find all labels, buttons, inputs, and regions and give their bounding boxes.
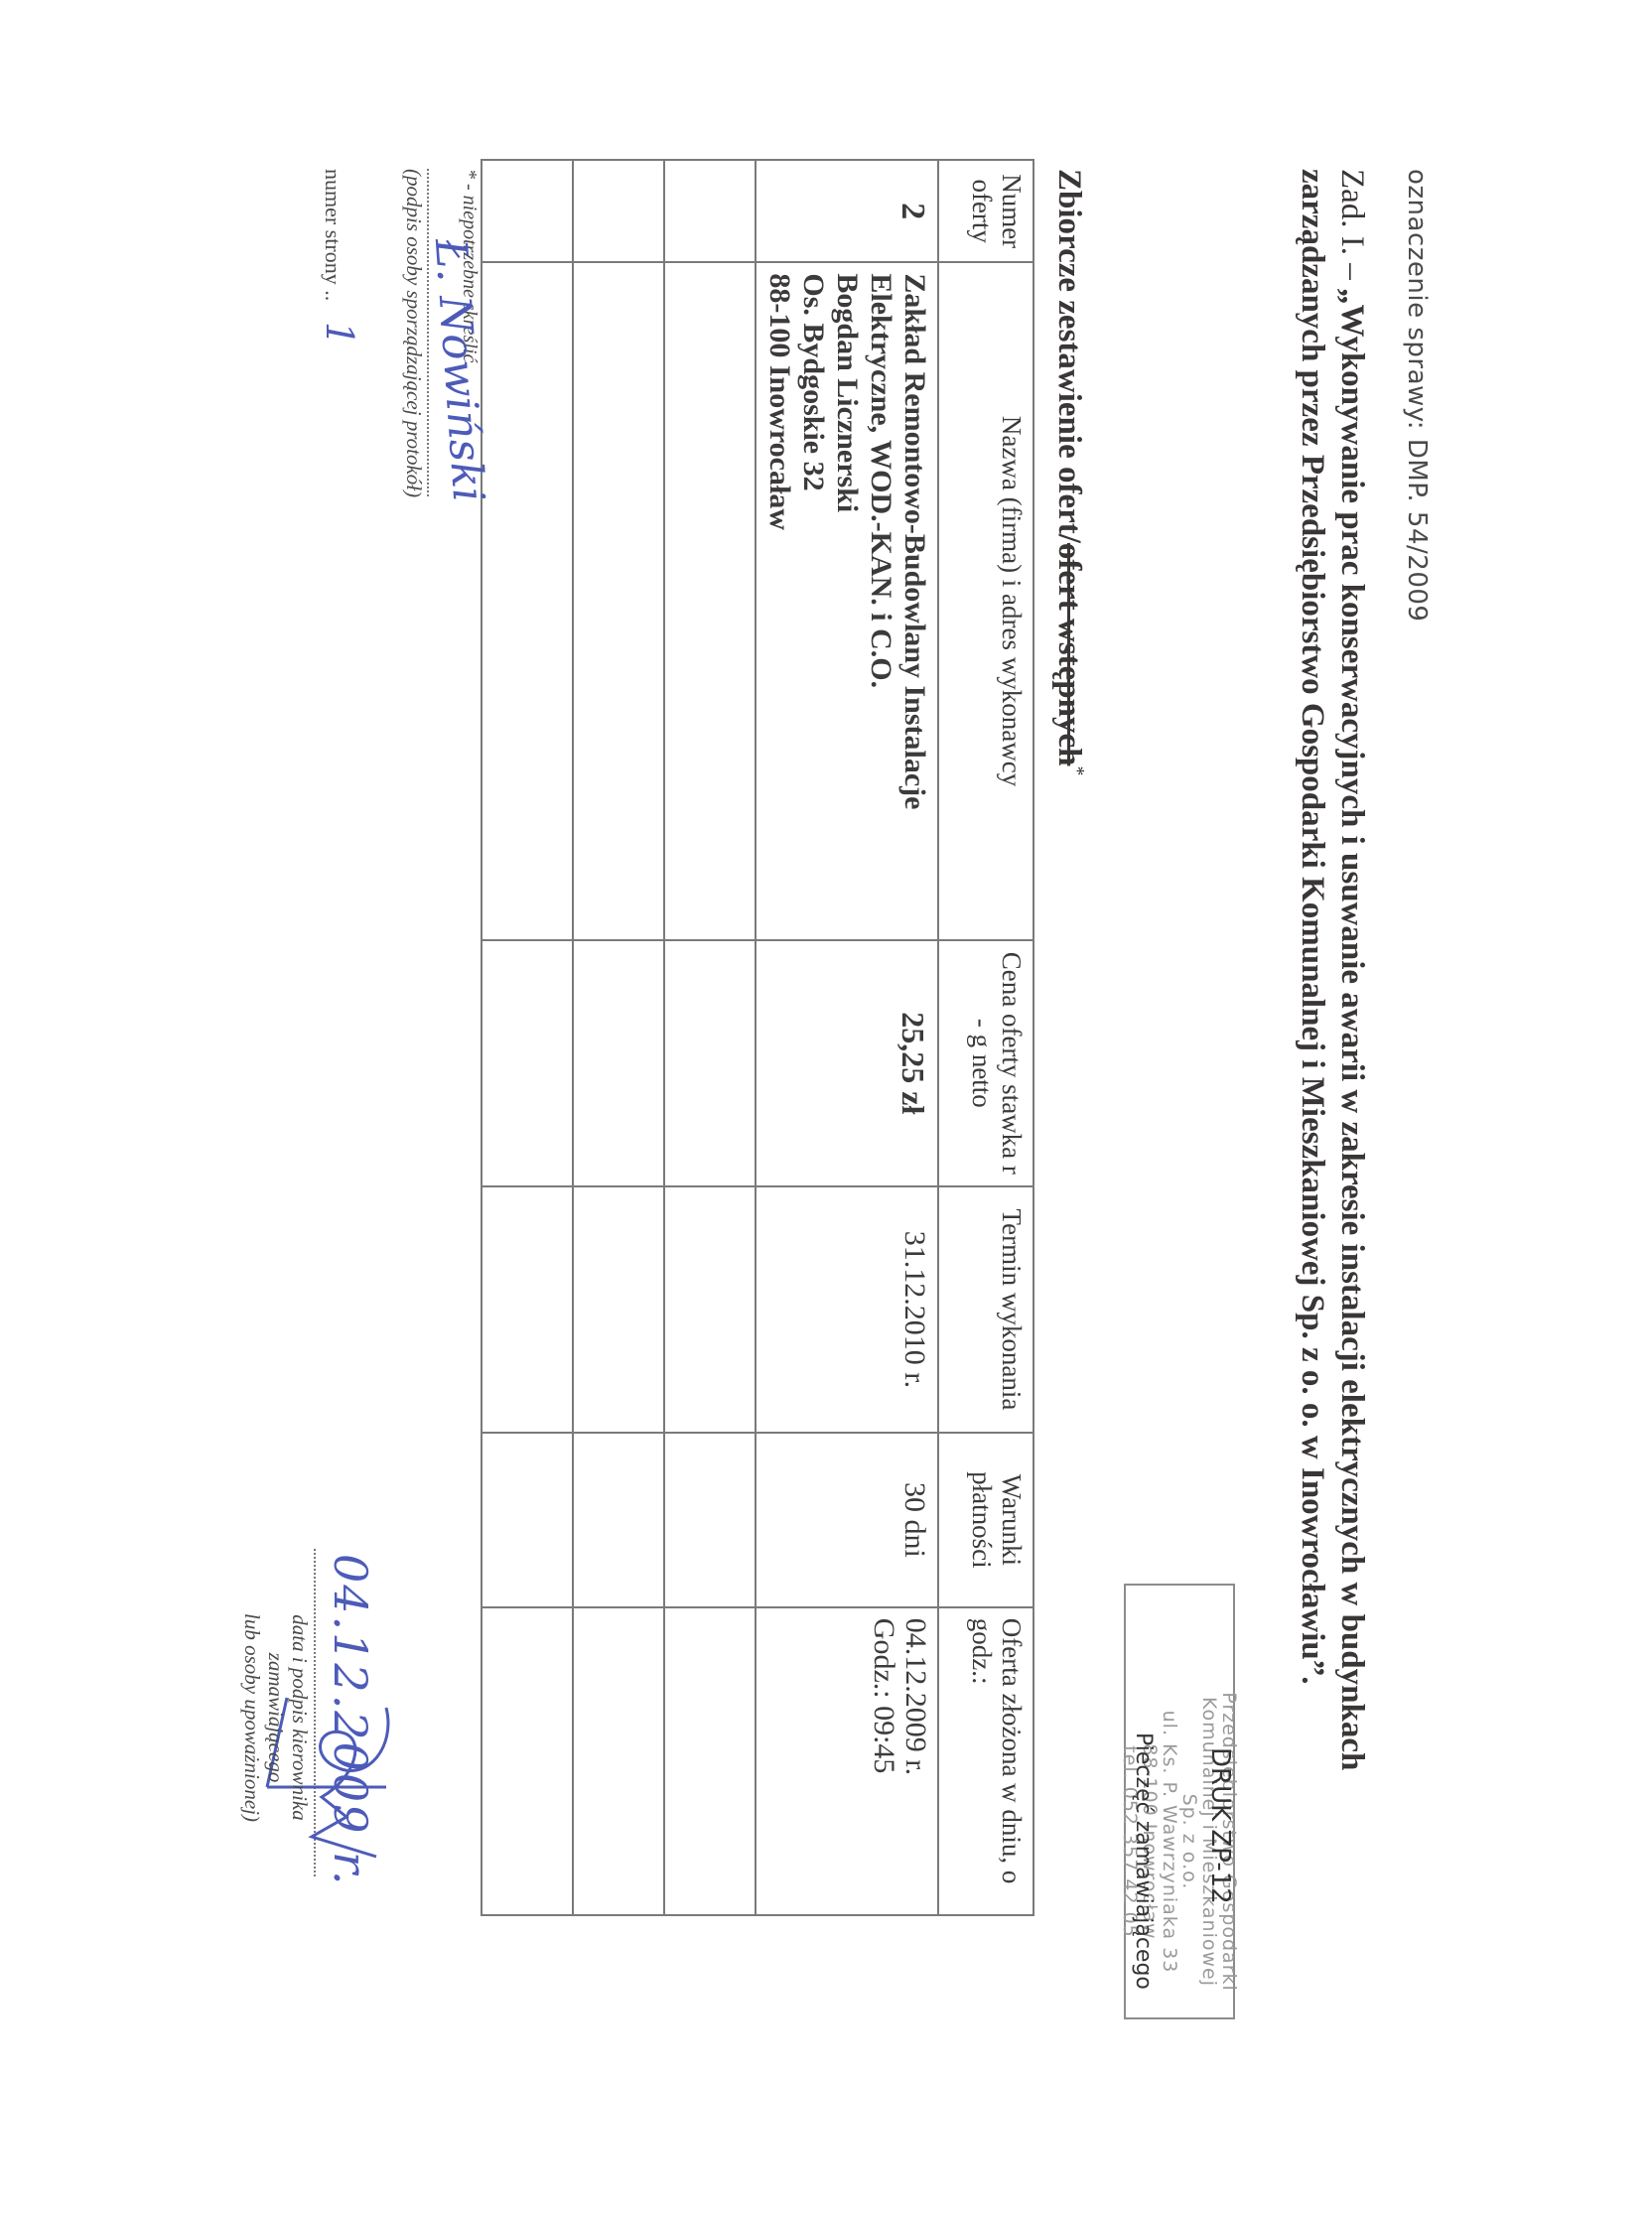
section-title: Zbiorcze zestawienie ofert/ofert wstępny… xyxy=(1050,169,1088,775)
contractor-line: Os. Bydgoskie 32 xyxy=(796,273,830,928)
handwritten-page-number: 1 xyxy=(318,322,361,346)
task-description: „Wykonywanie prac konserwacyjnych i usuw… xyxy=(1295,169,1370,1770)
signature-caption-left: (podpis osoby sporządzającej protokół) xyxy=(401,169,426,497)
offer-price: 25,25 zł xyxy=(756,940,938,1186)
page-number-label: numer strony .. xyxy=(320,169,345,301)
table-row-empty xyxy=(664,160,756,1915)
contractor-line: Zakład Remontowo-Budowlany Instalacje xyxy=(897,273,931,928)
stamp-line: ul. Ks. P. Wawrzyniaka 33 xyxy=(1160,1683,1179,2001)
header-payment: Warunki płatności xyxy=(938,1433,1033,1607)
header-contractor: Nazwa (firma) i adres wykonawcy xyxy=(938,262,1033,939)
case-reference: oznaczenie sprawy: DMP. 54/2009 xyxy=(1402,169,1432,622)
header-submitted: Oferta złożona w dniu, o godz.: xyxy=(938,1607,1033,1915)
stamp-caption: Pieczęć zamawiającego xyxy=(1131,1732,1156,1990)
payment-terms: 30 dni xyxy=(756,1433,938,1607)
table-row-empty xyxy=(573,160,664,1915)
document-title: Zad. I. – „Wykonywanie prac konserwacyjn… xyxy=(1293,169,1372,1857)
offer-number: 2 xyxy=(756,160,938,262)
stamp-line: Sp. z o.o. xyxy=(1179,1683,1199,2001)
signature-caption-right-line1: data i podpis kierownika zamawiającego xyxy=(264,1549,312,1886)
offers-table: Numer oferty Nazwa (firma) i adres wykon… xyxy=(481,159,1034,1916)
footnote-mark: * xyxy=(1066,765,1088,775)
completion-term: 31.12.2010 r. xyxy=(756,1186,938,1433)
table-header-row: Numer oferty Nazwa (firma) i adres wykon… xyxy=(938,160,1033,1915)
document-page: oznaczenie sprawy: DMP. 54/2009 Zad. I. … xyxy=(0,0,1652,2217)
header-offer-number: Numer oferty xyxy=(938,160,1033,262)
contractor-line: Bogdan Licznerski xyxy=(830,273,864,928)
contractor-line: Elektryczne, WOD.-KAN. i C.O. xyxy=(864,273,897,928)
contractor-name-address: Zakład Remontowo-Budowlany Instalacje El… xyxy=(756,262,938,939)
form-code: DRUK ZP-12 xyxy=(1205,1747,1235,1904)
section-title-text: Zbiorcze zestawienie ofert/ xyxy=(1051,169,1087,543)
signature-caption-right: data i podpis kierownika zamawiającego l… xyxy=(240,1549,312,1886)
signature-caption-right-line2: lub osoby upoważnionej) xyxy=(240,1549,264,1886)
submission-time: Godz.: 09:45 xyxy=(868,1618,899,1904)
header-term: Termin wykonania xyxy=(938,1186,1033,1433)
submission-datetime: 04.12.2009 r. Godz.: 09:45 xyxy=(756,1607,938,1915)
section-title-struck: ofert wstępnych xyxy=(1051,543,1087,766)
submission-date: 04.12.2009 r. xyxy=(899,1618,931,1904)
table-row-empty xyxy=(482,160,573,1915)
table-row: 2 Zakład Remontowo-Budowlany Instalacje … xyxy=(756,160,938,1915)
header-price: Cena oferty stawka r - g netto xyxy=(938,940,1033,1186)
contractor-line: 88-100 Inowrocaław xyxy=(762,273,796,928)
task-label: Zad. I. – xyxy=(1334,169,1370,288)
